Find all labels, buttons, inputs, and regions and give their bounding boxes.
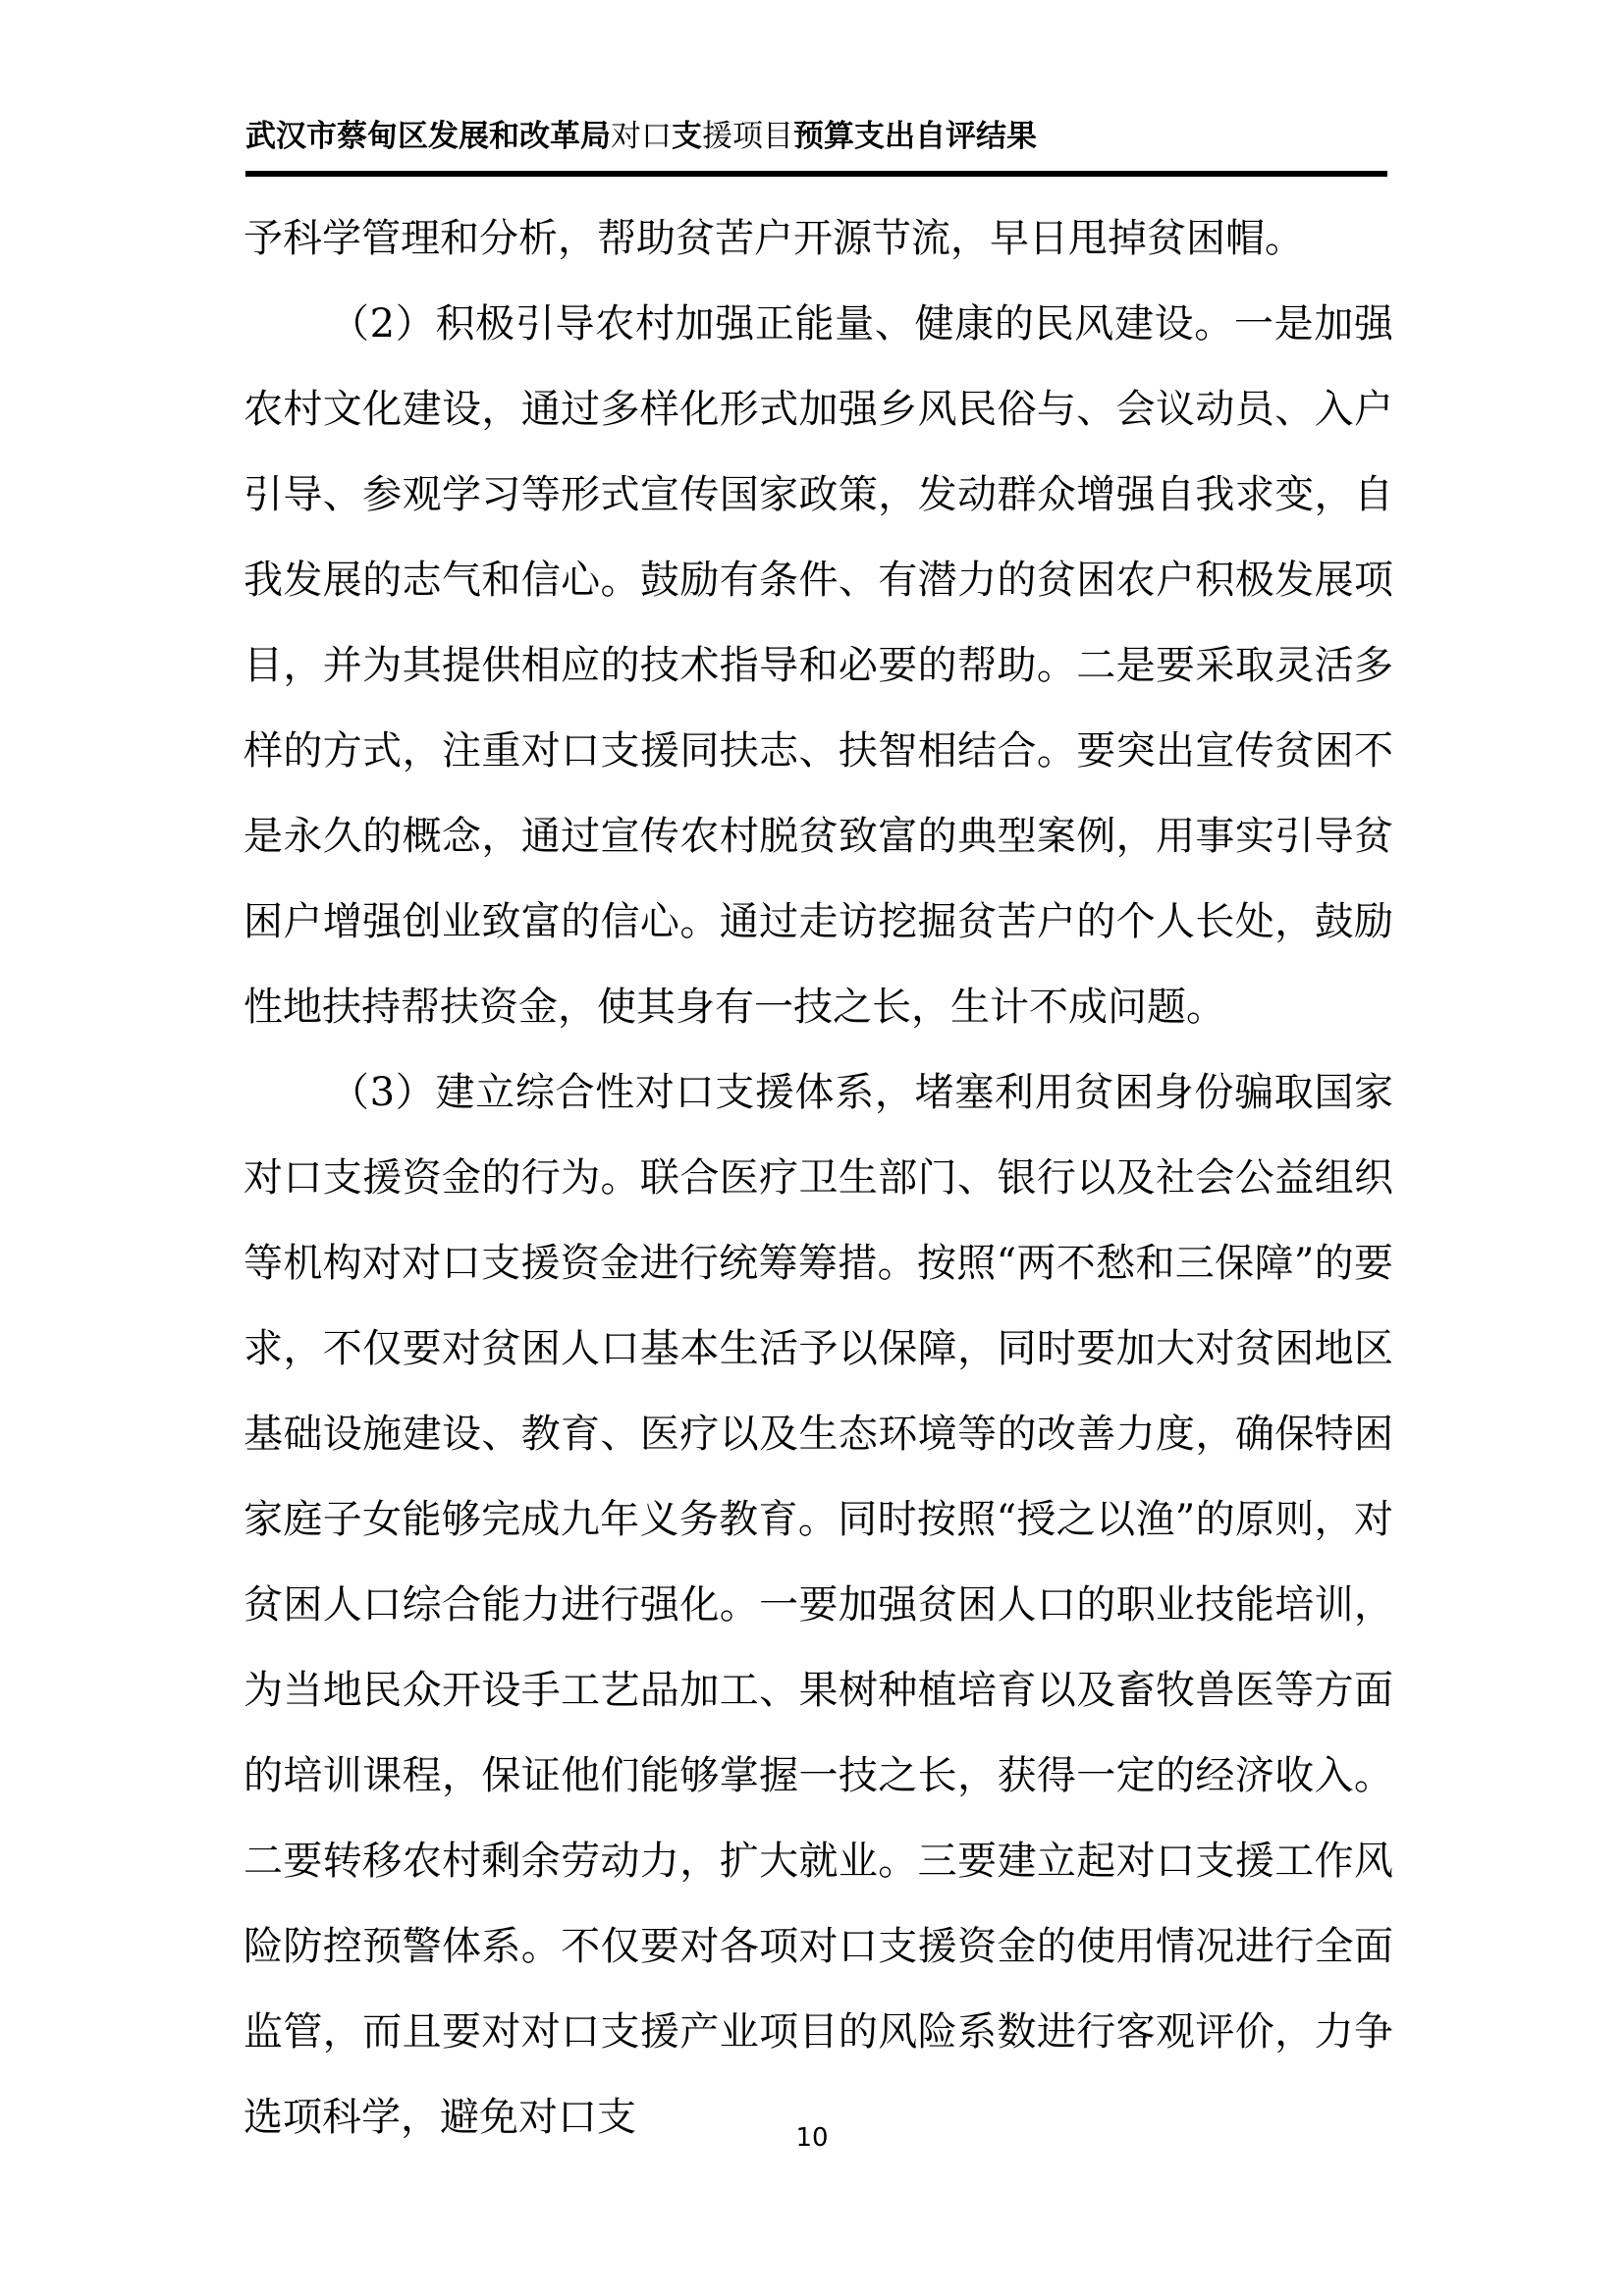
header-title-segment: 武汉市蔡甸区发展和改革局	[245, 119, 611, 154]
page-footer: 10	[0, 2123, 1624, 2153]
body-paragraph: （3）建立综合性对口支援体系，堵塞利用贫困身份骗取国家对口支援资金的行为。联合医…	[244, 1050, 1393, 2161]
header-title-segment: 支	[672, 119, 702, 154]
body-paragraph: （2）积极引导农村加强正能量、健康的民风建设。一是加强农村文化建设，通过多样化形…	[244, 282, 1393, 1050]
header-title-segment: 对口	[611, 119, 672, 154]
header-title-segment: 援项目	[702, 119, 793, 154]
page-header: 武汉市蔡甸区发展和改革局对口支援项目预算支出自评结果	[245, 116, 1387, 177]
body-paragraph: 予科学管理和分析，帮助贫苦户开源节流，早日甩掉贫困帽。	[244, 196, 1393, 282]
page-header-title: 武汉市蔡甸区发展和改革局对口支援项目预算支出自评结果	[245, 116, 1387, 157]
header-title-segment: 预算支出自评结果	[793, 119, 1037, 154]
page-number: 10	[795, 2123, 828, 2153]
document-body: 予科学管理和分析，帮助贫苦户开源节流，早日甩掉贫困帽。（2）积极引导农村加强正能…	[244, 196, 1393, 2161]
document-page: 武汉市蔡甸区发展和改革局对口支援项目预算支出自评结果 予科学管理和分析，帮助贫苦…	[0, 0, 1624, 2296]
